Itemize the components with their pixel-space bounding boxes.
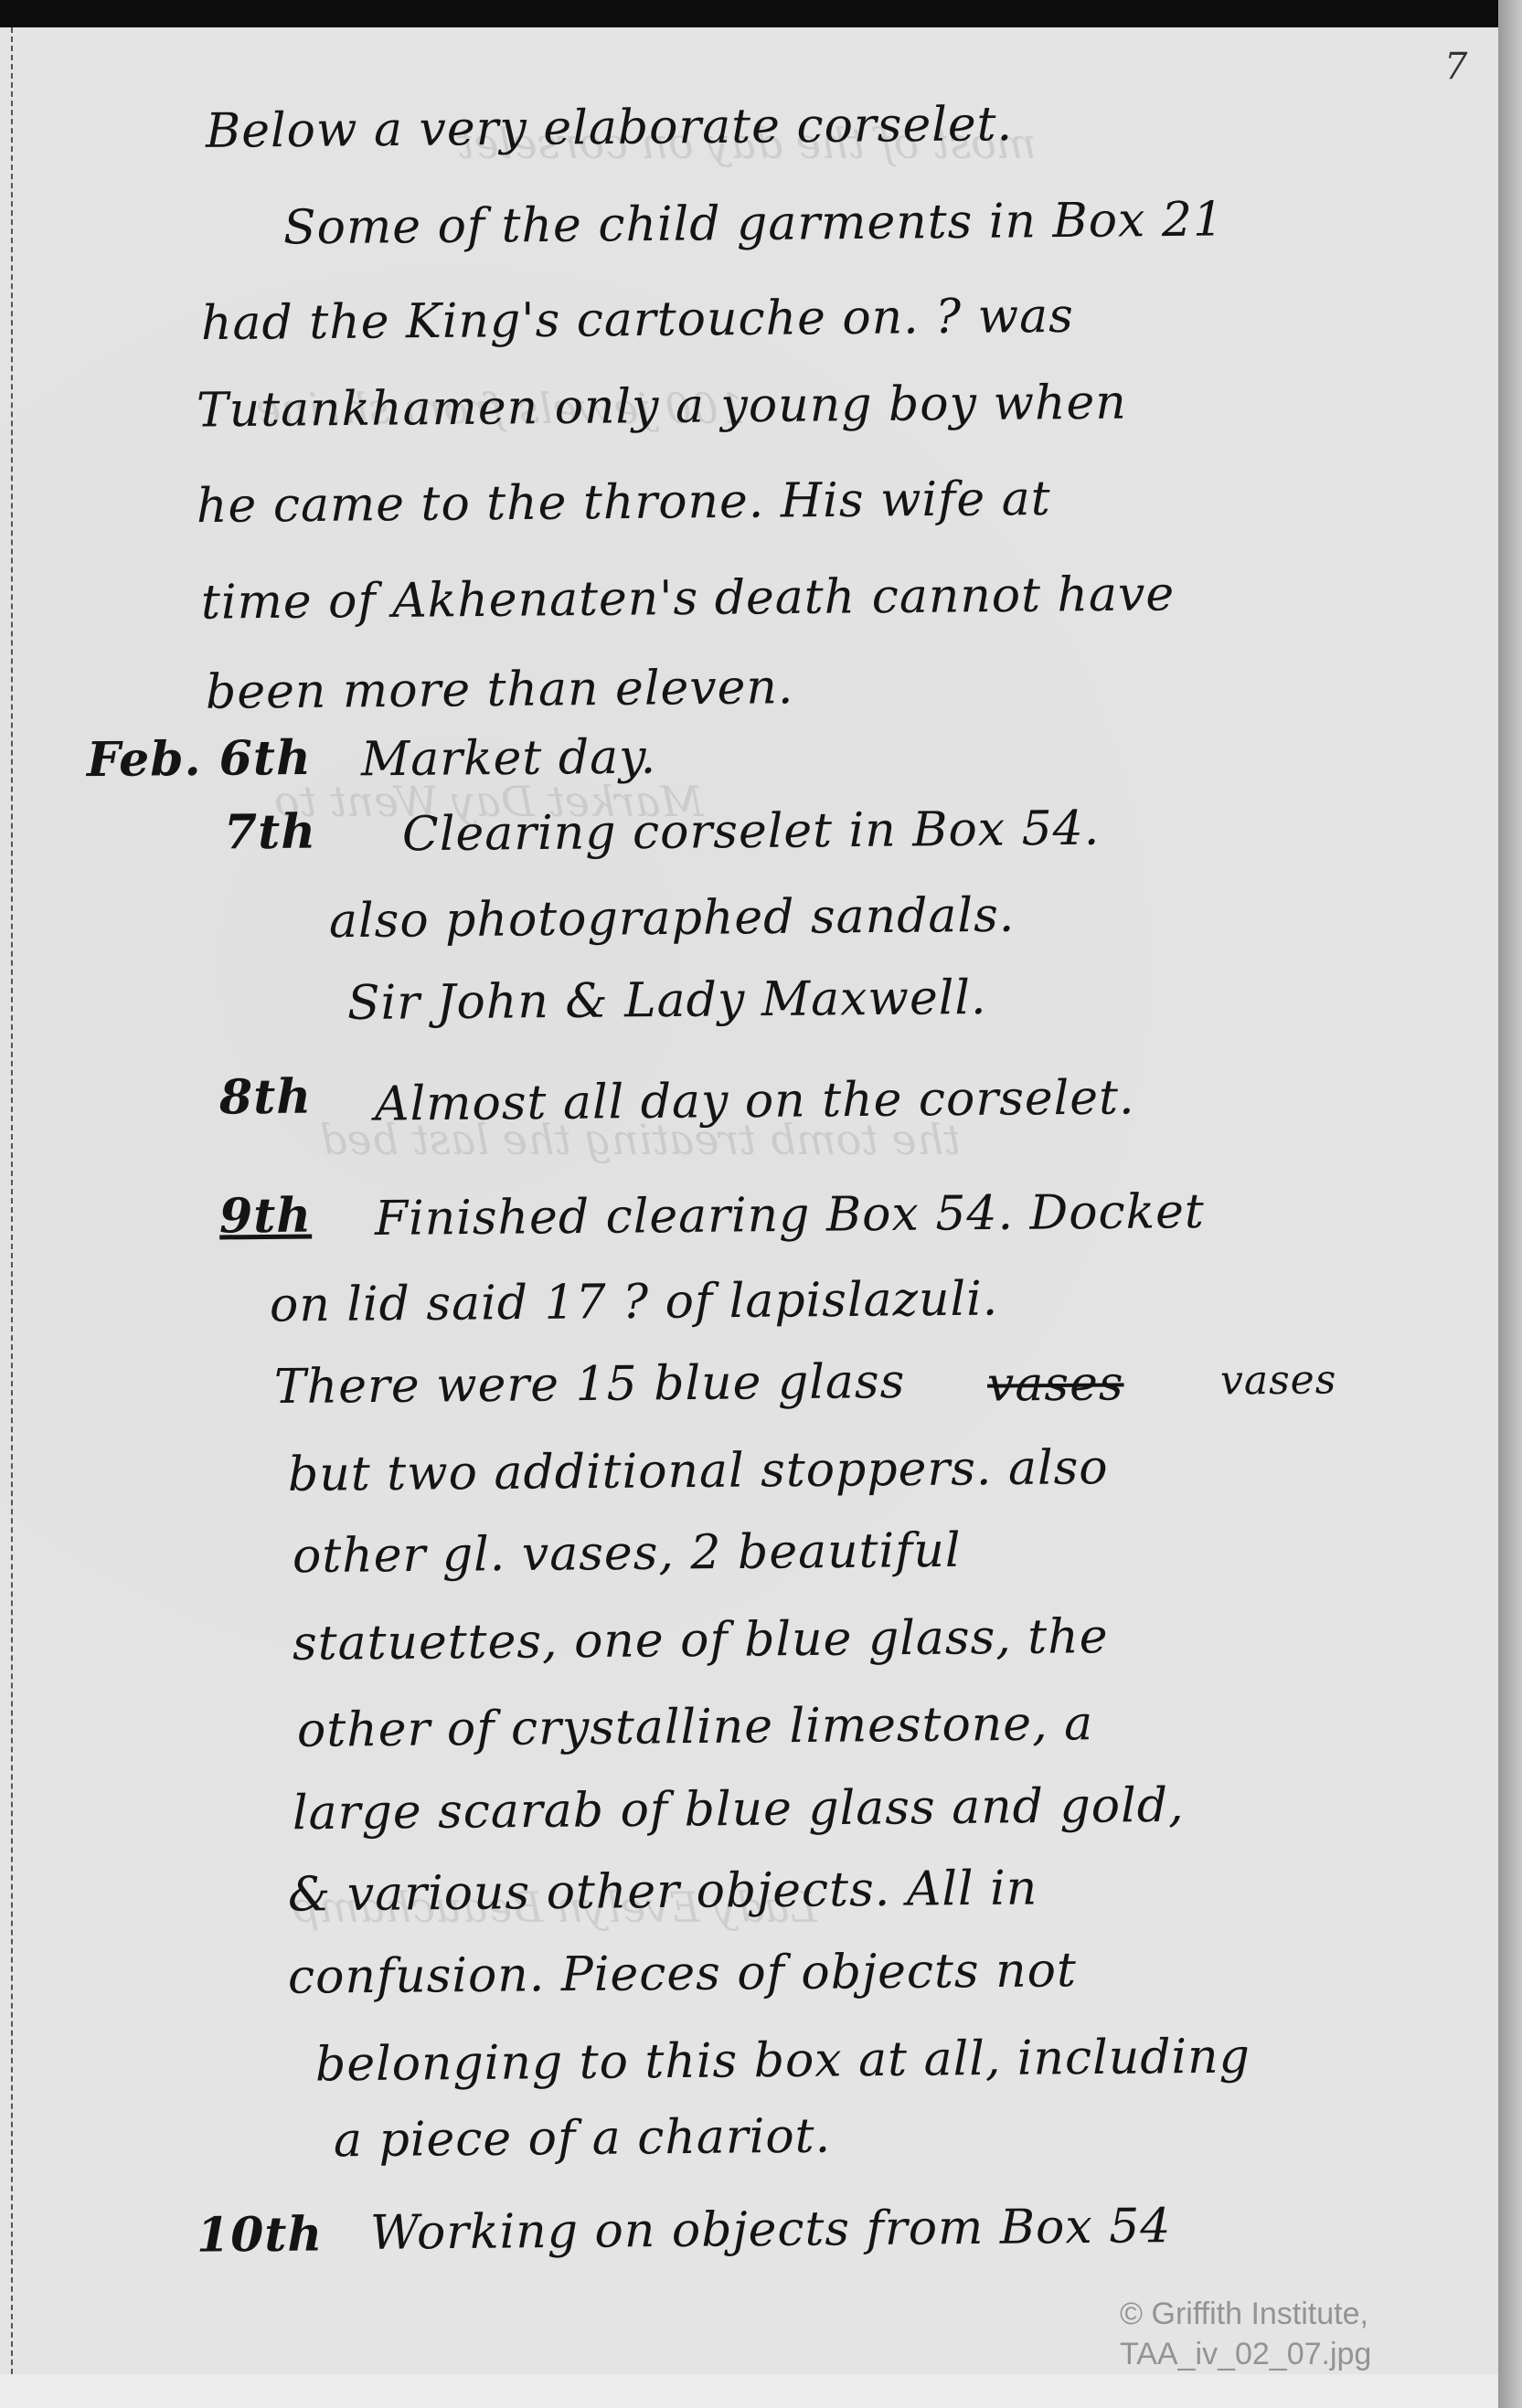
diary-line: & various other objects. All in	[288, 1861, 1038, 1922]
diary-line: on lid said 17 ? of lapislazuli.	[270, 1272, 999, 1333]
diary-line: confusion. Pieces of objects not	[288, 1943, 1077, 2005]
diary-line: Clearing corselet in Box 54.	[402, 801, 1101, 863]
entry-date: 7th	[224, 804, 317, 861]
diary-line: Sir John & Lady Maxwell.	[347, 971, 987, 1031]
struck-word: vases	[1220, 1356, 1337, 1404]
entry-date: 9th	[219, 1188, 313, 1245]
diary-line: Almost all day on the corselet.	[375, 1070, 1135, 1131]
diary-line: Some of the child garments in Box 21	[283, 193, 1225, 256]
diary-line: other gl. vases, 2 beautiful	[293, 1523, 962, 1584]
diary-line: but two additional stoppers. also	[288, 1440, 1109, 1502]
diary-line: belonging to this box at all, including	[315, 2030, 1251, 2093]
scan-bottom-margin	[0, 2374, 1498, 2408]
diary-line: had the King's cartouche on. ? was	[201, 289, 1074, 351]
scan-right-edge	[1498, 0, 1522, 2408]
diary-line: a piece of a chariot.	[334, 2109, 832, 2169]
watermark-copyright: © Griffith Institute,	[1120, 2294, 1371, 2334]
perforated-margin	[11, 27, 13, 2374]
diary-line: Market day.	[361, 730, 657, 788]
page-number: 7	[1444, 46, 1467, 88]
copyright-watermark: © Griffith Institute, TAA_iv_02_07.jpg	[1120, 2294, 1371, 2374]
scan-top-edge	[0, 0, 1499, 27]
diary-line: Finished clearing Box 54. Docket	[375, 1184, 1205, 1246]
diary-line: time of Akhenaten's death cannot have	[201, 567, 1176, 630]
diary-line: large scarab of blue glass and gold,	[293, 1778, 1185, 1841]
diary-line: he came to the throne. His wife at	[197, 472, 1051, 534]
entry-date: Feb. 6th	[87, 730, 312, 788]
diary-line: Tutankhamen only a young boy when	[197, 376, 1127, 439]
entry-date: 8th	[219, 1069, 313, 1126]
diary-line: other of crystalline limestone, a	[297, 1696, 1094, 1758]
watermark-filename: TAA_iv_02_07.jpg	[1120, 2334, 1371, 2374]
diary-line: statuettes, one of blue glass, the	[293, 1609, 1109, 1671]
diary-line: also photographed sandals.	[329, 888, 1016, 949]
diary-line: been more than eleven.	[206, 660, 794, 720]
entry-date: 10th	[197, 2206, 324, 2263]
diary-line: There were 15 blue glass	[274, 1354, 906, 1415]
diary-line: Working on objects from Box 54	[370, 2199, 1172, 2261]
diary-line: Below a very elaborate corselet.	[206, 97, 1014, 159]
struck-word: vases	[987, 1356, 1124, 1412]
